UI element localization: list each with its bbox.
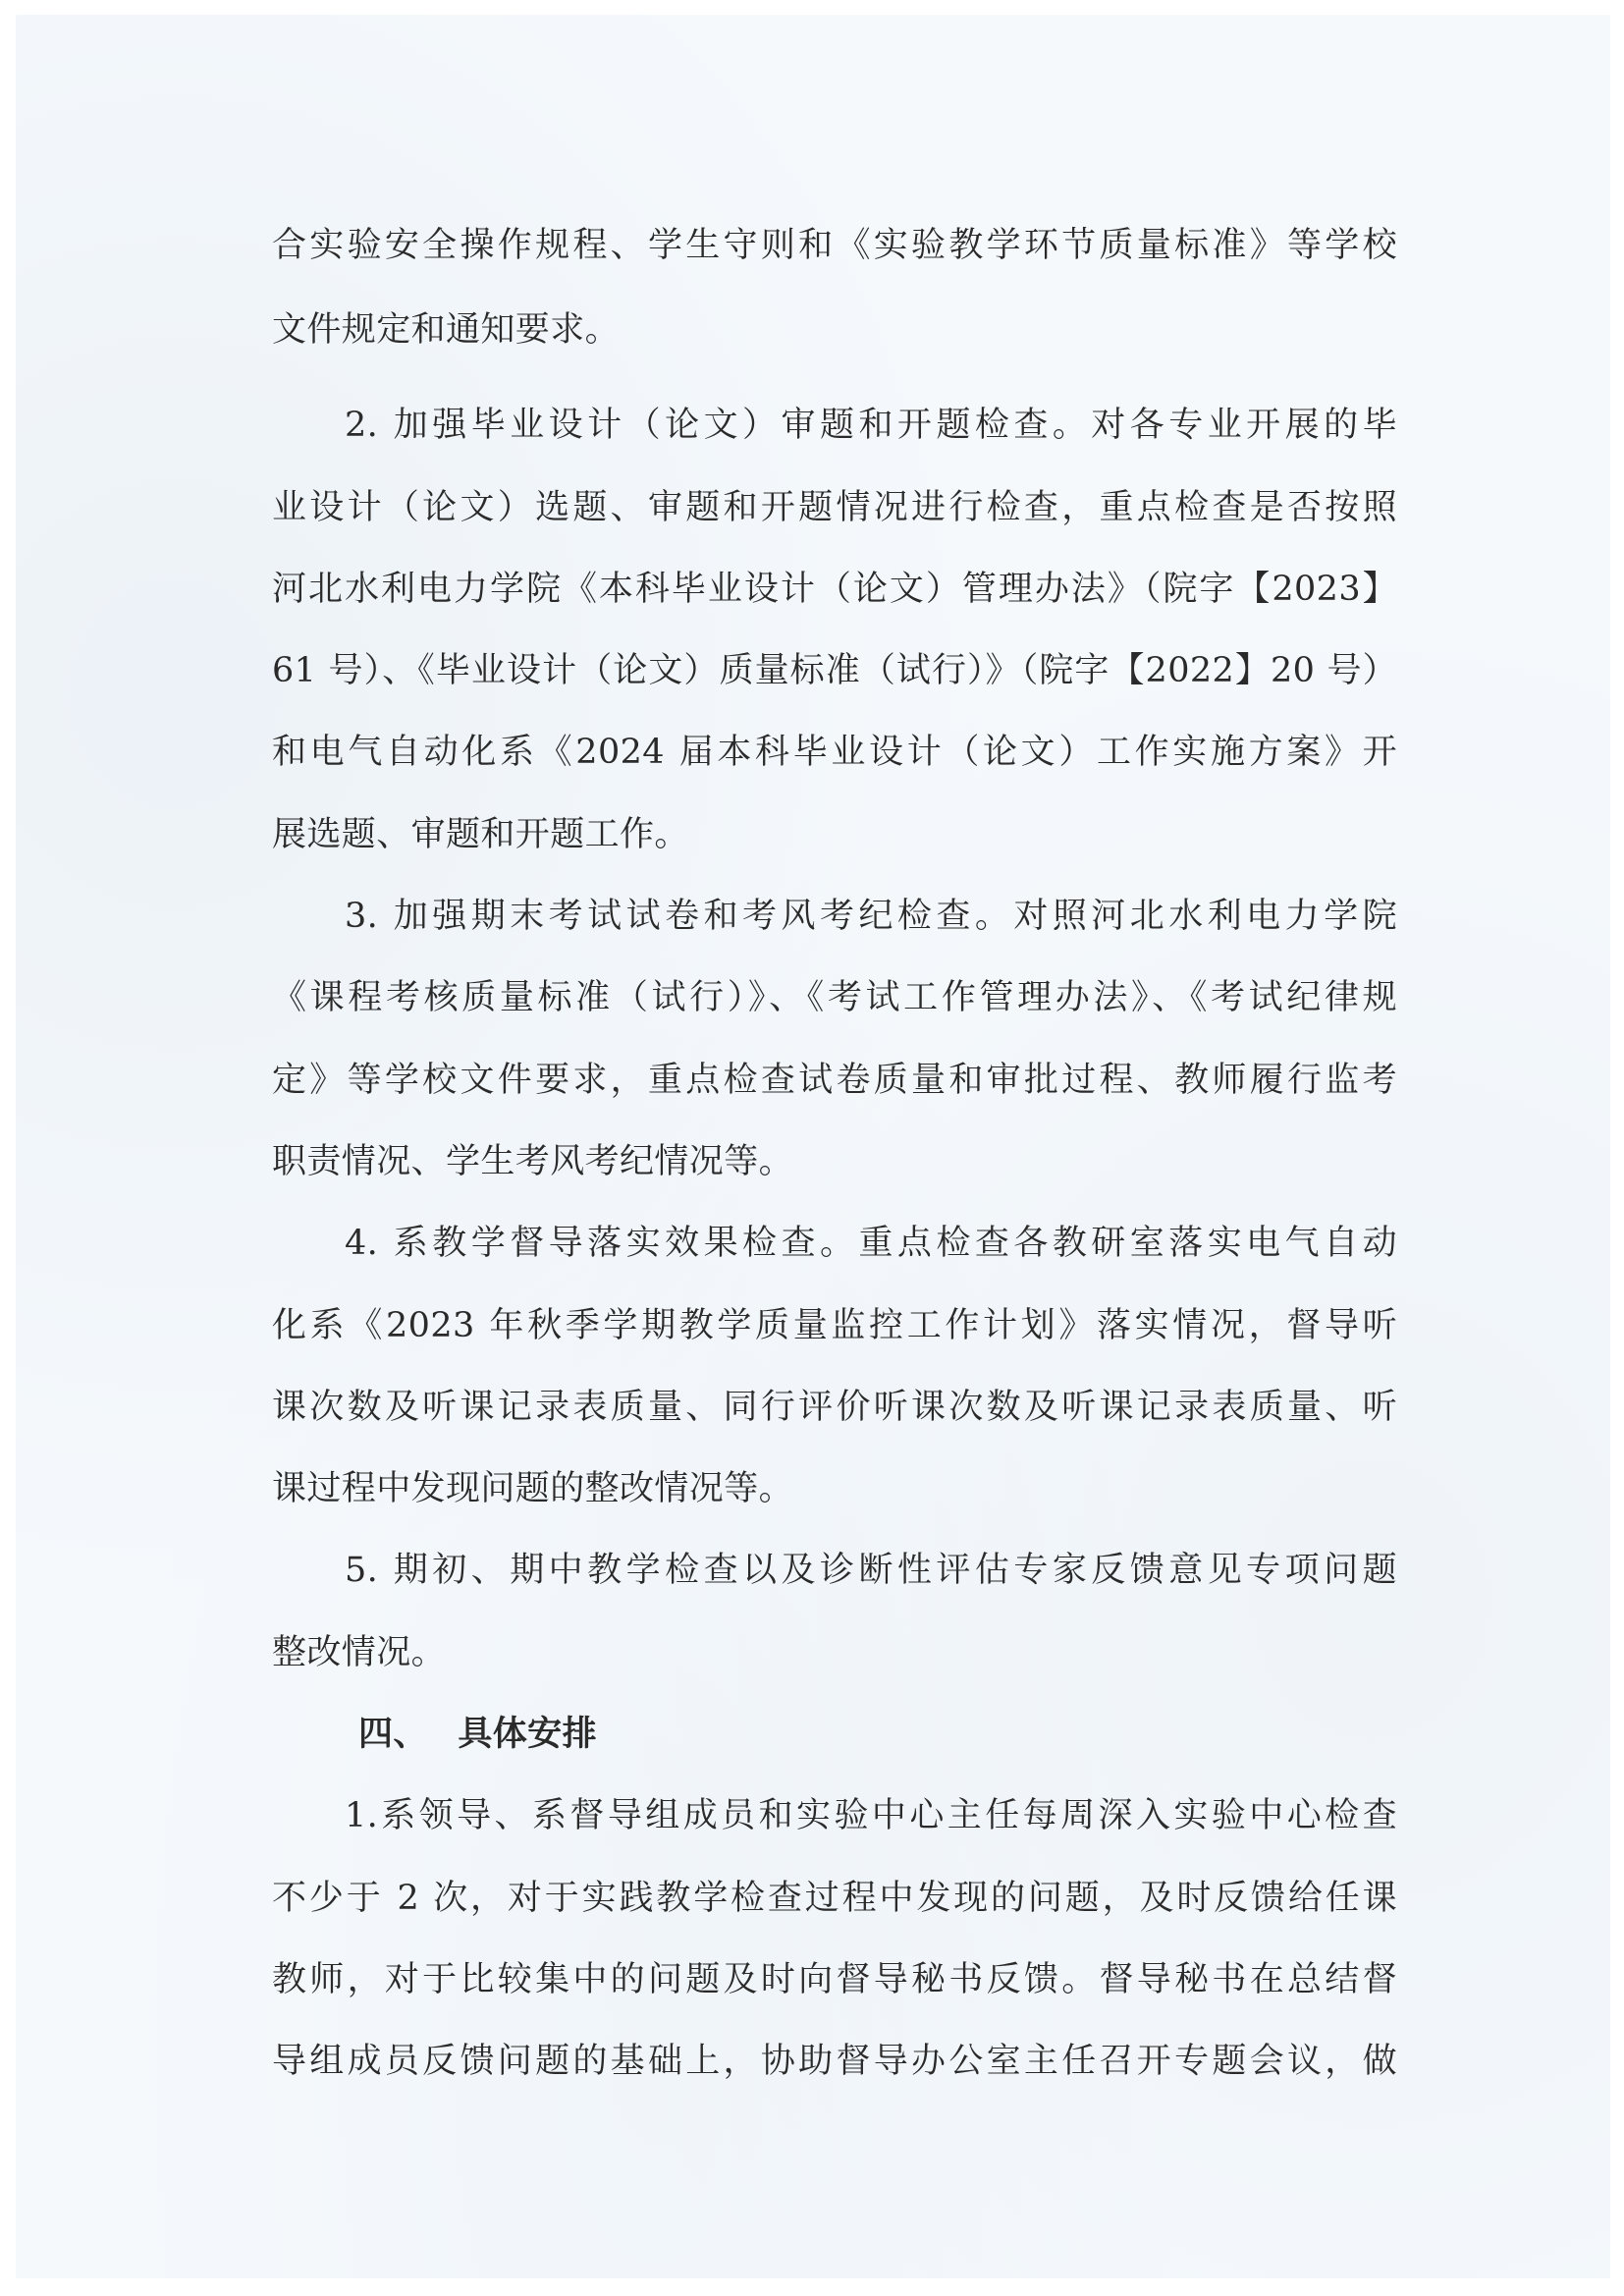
text-line: 《课程考核质量标准（试行）》、《考试工作管理办法》、《考试纪律规	[272, 976, 1397, 1019]
text-line: 职责情况、学生考风考纪情况等。	[272, 1140, 1397, 1183]
text-line: 导组成员反馈问题的基础上，协助督导办公室主任召开专题会议，做	[272, 2040, 1397, 2083]
item-3-first-line: 3. 加强期末考试试卷和考风考纪检查。对照河北水利电力学院	[345, 895, 1397, 938]
text-line: 化系《2023 年秋季学期教学质量监控工作计划》落实情况，督导听	[272, 1304, 1397, 1347]
text-line: 61 号）、《毕业设计（论文）质量标准（试行）》（院字【2022】20 号）	[272, 649, 1397, 692]
text-line: 定》等学校文件要求，重点检查试卷质量和审批过程、教师履行监考	[272, 1059, 1397, 1102]
item-5-first-line: 5. 期初、期中教学检查以及诊断性评估专家反馈意见专项问题	[345, 1549, 1397, 1592]
text-line: 业设计（论文）选题、审题和开题情况进行检查，重点检查是否按照	[272, 486, 1397, 529]
arrangement-1-first-line: 1.系领导、系督导组成员和实验中心主任每周深入实验中心检查	[345, 1794, 1397, 1837]
text-line: 展选题、审题和开题工作。	[272, 813, 1397, 856]
item-4-first-line: 4. 系教学督导落实效果检查。重点检查各教研室落实电气自动	[345, 1222, 1397, 1265]
text-line: 和电气自动化系《2024 届本科毕业设计（论文）工作实施方案》开	[272, 731, 1397, 774]
section-heading: 四、 具体安排	[358, 1713, 597, 1756]
item-2-first-line: 2. 加强毕业设计（论文）审题和开题检查。对各专业开展的毕	[345, 404, 1397, 447]
text-line: 河北水利电力学院《本科毕业设计（论文）管理办法》（院字【2023】	[272, 568, 1397, 611]
text-line: 课过程中发现问题的整改情况等。	[272, 1467, 1397, 1510]
text-line: 合实验安全操作规程、学生守则和《实验教学环节质量标准》等学校	[272, 224, 1397, 267]
text-line: 整改情况。	[272, 1631, 1397, 1674]
text-line: 课次数及听课记录表质量、同行评价听课次数及听课记录表质量、听	[272, 1386, 1397, 1429]
text-line: 文件规定和通知要求。	[272, 308, 1397, 352]
text-line: 教师，对于比较集中的问题及时向督导秘书反馈。督导秘书在总结督	[272, 1958, 1397, 2001]
scanned-page: 合实验安全操作规程、学生守则和《实验教学环节质量标准》等学校 文件规定和通知要求…	[16, 15, 1610, 2278]
text-line: 不少于 2 次，对于实践教学检查过程中发现的问题，及时反馈给任课	[272, 1877, 1397, 1920]
